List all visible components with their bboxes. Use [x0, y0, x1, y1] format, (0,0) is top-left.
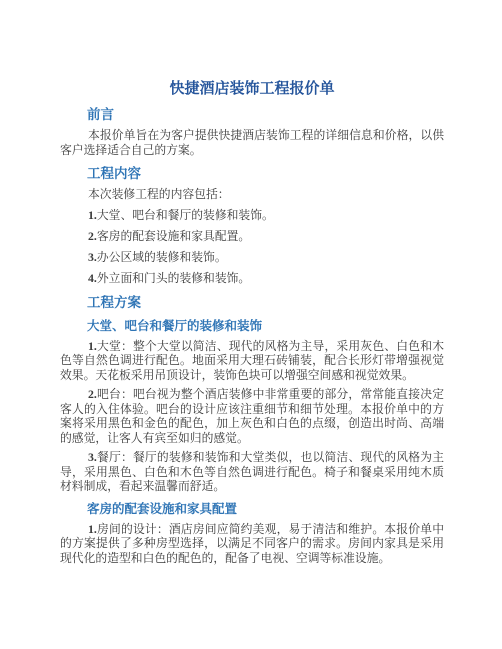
preface-paragraph: 本报价单旨在为客户提供快捷酒店装饰工程的详细信息和价格，以供客户选择适合自己的方… [60, 128, 444, 157]
list-item: 3.办公区域的装修和装饰。 [60, 250, 444, 265]
list-item: 2.客房的配套设施和家具配置。 [60, 229, 444, 244]
paragraph-text: 餐厅：餐厅的装修和装饰和大堂类似，也以简洁、现代的风格为主导，采用黑色、白色和木… [60, 450, 444, 493]
paragraph-text: 吧台：吧台视为整个酒店装修中非常重要的部分，常常能直接决定客人的入住体验。吧台的… [60, 387, 444, 445]
list-item-number: 2. [88, 229, 97, 243]
project-contents-intro: 本次装修工程的内容包括： [60, 187, 444, 202]
section-heading-project-contents: 工程内容 [60, 166, 444, 182]
list-item-text: 外立面和门头的装修和装饰。 [97, 271, 250, 285]
list-item: 1.大堂、吧台和餐厅的装修和装饰。 [60, 208, 444, 223]
list-item-text: 办公区域的装修和装饰。 [97, 250, 227, 264]
plan-paragraph-lobby: 1.大堂：整个大堂以简洁、现代的风格为主导，采用灰色、白色和木色等自然色调进行配… [60, 339, 444, 383]
list-item-number: 1. [88, 208, 97, 222]
paragraph-number: 1. [88, 522, 97, 536]
section-heading-preface: 前言 [60, 107, 444, 123]
section-heading-project-plan: 工程方案 [60, 295, 444, 311]
list-item-text: 客房的配套设施和家具配置。 [97, 229, 250, 243]
subsection-heading-lobby-bar-restaurant: 大堂、吧台和餐厅的装修和装饰 [60, 319, 444, 334]
paragraph-number: 3. [88, 450, 97, 464]
subsection-heading-guestroom-facilities: 客房的配套设施和家具配置 [60, 502, 444, 517]
paragraph-text: 房间的设计：酒店房间应简约美观，易于清洁和维护。本报价单中的方案提供了多种房型选… [60, 522, 444, 565]
list-item-number: 3. [88, 250, 97, 264]
paragraph-number: 2. [88, 387, 97, 401]
document-title: 快捷酒店装饰工程报价单 [60, 80, 444, 98]
plan-paragraph-restaurant: 3.餐厅：餐厅的装修和装饰和大堂类似，也以简洁、现代的风格为主导，采用黑色、白色… [60, 450, 444, 494]
paragraph-number: 1. [88, 339, 97, 353]
document-page: 快捷酒店装饰工程报价单 前言 本报价单旨在为客户提供快捷酒店装饰工程的详细信息和… [0, 0, 502, 649]
list-item-number: 4. [88, 271, 97, 285]
list-item-text: 大堂、吧台和餐厅的装修和装饰。 [97, 208, 274, 222]
list-item: 4.外立面和门头的装修和装饰。 [60, 271, 444, 286]
plan-paragraph-bar: 2.吧台：吧台视为整个酒店装修中非常重要的部分，常常能直接决定客人的入住体验。吧… [60, 387, 444, 445]
plan-paragraph-guestroom: 1.房间的设计：酒店房间应简约美观，易于清洁和维护。本报价单中的方案提供了多种房… [60, 522, 444, 566]
paragraph-text: 大堂：整个大堂以简洁、现代的风格为主导，采用灰色、白色和木色等自然色调进行配色。… [60, 339, 444, 382]
